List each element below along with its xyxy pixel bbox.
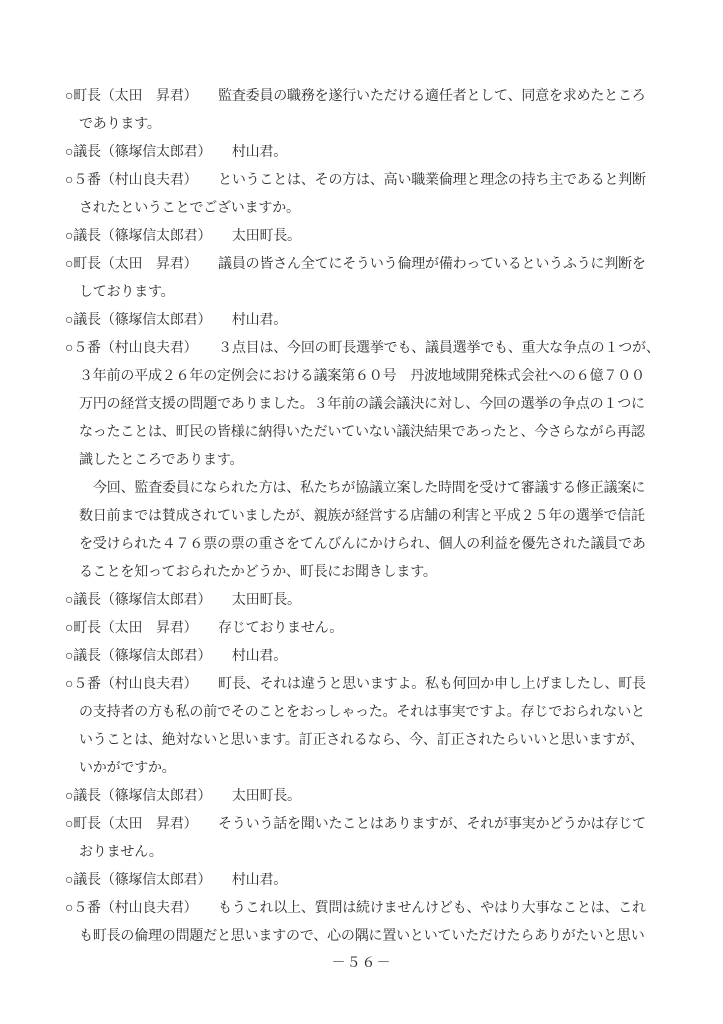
text-line: しております。 bbox=[65, 279, 675, 307]
page-number: －５６－ bbox=[0, 950, 723, 978]
transcript-body: ○町長（太田 昇君） 監査委員の職務を遂行いただける適任者として、同意を求めたと… bbox=[65, 83, 675, 951]
text-line: ○町長（太田 昇君） 監査委員の職務を遂行いただける適任者として、同意を求めたと… bbox=[65, 83, 675, 111]
text-line: ３年前の平成２６年の定例会における議案第６０号 丹波地域開発株式会社への６億７０… bbox=[65, 363, 675, 391]
text-line: ○議長（篠塚信太郎君） 太田町長。 bbox=[65, 783, 675, 811]
text-line: おりません。 bbox=[65, 839, 675, 867]
document-page: ○町長（太田 昇君） 監査委員の職務を遂行いただける適任者として、同意を求めたと… bbox=[0, 0, 723, 1024]
text-line: ○議長（篠塚信太郎君） 太田町長。 bbox=[65, 587, 675, 615]
text-line: も町長の倫理の問題だと思いますので、心の隅に置いといていただけたらありがたいと思… bbox=[65, 923, 675, 951]
text-line: ○５番（村山良夫君） 町長、それは違うと思いますよ。私も何回か申し上げましたし、… bbox=[65, 671, 675, 699]
text-line: ○５番（村山良夫君） ３点目は、今回の町長選挙でも、議員選挙でも、重大な争点の１… bbox=[65, 335, 675, 363]
text-line: の支持者の方も私の前でそのことをおっしゃった。それは事実ですよ。存じでおられない… bbox=[65, 699, 675, 727]
text-line: なったことは、町民の皆様に納得いただいていない議決結果であったと、今さらながら再… bbox=[65, 419, 675, 447]
text-line: ○議長（篠塚信太郎君） 太田町長。 bbox=[65, 223, 675, 251]
text-line: ○議長（篠塚信太郎君） 村山君。 bbox=[65, 643, 675, 671]
text-line: ○議長（篠塚信太郎君） 村山君。 bbox=[65, 139, 675, 167]
text-line: ○５番（村山良夫君） もうこれ以上、質問は続けませんけども、やはり大事なことは、… bbox=[65, 895, 675, 923]
text-line: ○町長（太田 昇君） 議員の皆さん全てにそういう倫理が備わっているというふうに判… bbox=[65, 251, 675, 279]
text-line: ることを知っておられたかどうか、町長にお聞きします。 bbox=[65, 559, 675, 587]
text-line: であります。 bbox=[65, 111, 675, 139]
text-line: を受けられた４７６票の票の重さをてんびんにかけられ、個人の利益を優先された議員で… bbox=[65, 531, 675, 559]
text-line: ○議長（篠塚信太郎君） 村山君。 bbox=[65, 867, 675, 895]
text-line: 数日前までは賛成されていましたが、親族が経営する店舗の利害と平成２５年の選挙で信… bbox=[65, 503, 675, 531]
text-line: いかがですか。 bbox=[65, 755, 675, 783]
text-line: ○議長（篠塚信太郎君） 村山君。 bbox=[65, 307, 675, 335]
text-line: されたということでございますか。 bbox=[65, 195, 675, 223]
text-line: いうことは、絶対ないと思います。訂正されるなら、今、訂正されたらいいと思いますが… bbox=[65, 727, 675, 755]
text-line: ○５番（村山良夫君） ということは、その方は、高い職業倫理と理念の持ち主であると… bbox=[65, 167, 675, 195]
text-line: 識したところであります。 bbox=[65, 447, 675, 475]
text-line: 今回、監査委員になられた方は、私たちが協議立案した時間を受けて審議する修正議案に bbox=[65, 475, 675, 503]
text-line: ○町長（太田 昇君） 存じておりません。 bbox=[65, 615, 675, 643]
text-line: 万円の経営支援の問題でありました。３年前の議会議決に対し、今回の選挙の争点の１つ… bbox=[65, 391, 675, 419]
text-line: ○町長（太田 昇君） そういう話を聞いたことはありますが、それが事実かどうかは存… bbox=[65, 811, 675, 839]
